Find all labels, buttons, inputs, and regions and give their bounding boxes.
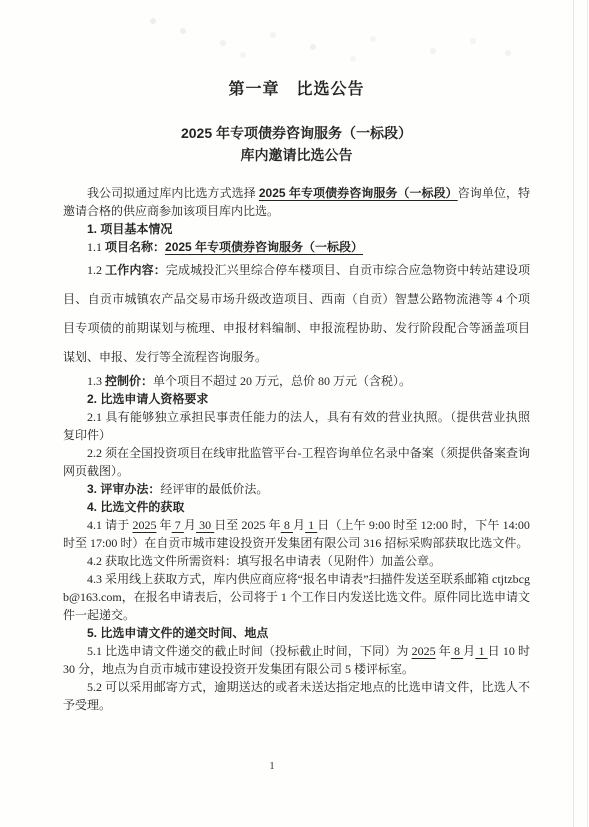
paragraph-2-2-registration: 2.2 须在全国投资项目在线审批监管平台-工程咨询单位名录中备案（须提供备案查询…	[63, 444, 530, 480]
clause-label: 工作内容：	[105, 263, 166, 277]
paragraph-1-1-project-name: 1.1 项目名称：2025 年专项债券咨询服务（一标段）	[63, 238, 530, 256]
clause-label: 项目名称：	[105, 240, 165, 254]
page-number: 1	[0, 760, 544, 772]
paragraph-2-1-qualification: 2.1 具有能够独立承担民事责任能力的法人，具有有效的营业执照。（提供营业执照复…	[63, 408, 530, 444]
document-title-line1: 2025 年专项债券咨询服务（一标段）	[63, 122, 530, 144]
clause-text: 日至 2025 年	[214, 518, 281, 532]
clause-number: 1.1	[87, 240, 105, 254]
section-1-heading: 1. 项目基本情况	[63, 220, 530, 238]
year-value: 2025	[132, 518, 156, 532]
scan-noise	[150, 18, 156, 24]
day-value: 30	[196, 518, 214, 532]
clause-text: 年	[156, 518, 171, 532]
scan-edge-line-outer	[587, 0, 588, 827]
paragraph-4-1-document-obtain-time: 4.1 请于 2025 年 7 月 30 日至 2025 年 8 月 1 日（上…	[63, 516, 530, 552]
clause-text: 5.1 比选申请文件递交的截止时间（投标截止时间，下同）为	[87, 644, 412, 658]
chapter-heading: 第一章 比选公告	[63, 80, 530, 100]
clause-label: 控制价：	[105, 374, 153, 388]
document-page: 第一章 比选公告 2025 年专项债券咨询服务（一标段） 库内邀请比选公告 我公…	[0, 0, 589, 827]
month-value: 8	[281, 518, 293, 532]
month-value: 8	[451, 644, 463, 658]
intro-pre: 我公司拟通过库内比选方式选择	[87, 186, 259, 200]
clause-text: 4.1 请于	[87, 518, 132, 532]
year-value: 2025	[412, 644, 436, 658]
section-5-heading: 5. 比选申请文件的递交时间、地点	[63, 624, 530, 642]
clause-label: 3. 评审办法：	[87, 482, 160, 496]
intro-paragraph: 我公司拟通过库内比选方式选择 2025 年专项债券咨询服务（一标段）咨询单位，特…	[63, 184, 530, 220]
scan-edge-line	[573, 0, 574, 827]
section-4-heading: 4. 比选文件的获取	[63, 498, 530, 516]
paragraph-3-evaluation-method: 3. 评审办法：经评审的最低价法。	[63, 480, 530, 498]
clause-text: 月	[184, 518, 196, 532]
work-content-text: 完成城投汇兴里综合停车楼项目、自贡市综合应急物资中转站建设项目、自贡市城镇农产品…	[63, 263, 530, 364]
clause-text: 年	[436, 644, 451, 658]
clause-text: 月	[463, 644, 475, 658]
month-value: 7	[172, 518, 184, 532]
document-title: 2025 年专项债券咨询服务（一标段） 库内邀请比选公告	[63, 122, 530, 166]
paragraph-5-2-mail-delivery: 5.2 可以采用邮寄方式，逾期送达的或者未送达指定地点的比选申请文件，比选人不予…	[63, 678, 530, 714]
paragraph-1-2-work-content: 1.2 工作内容：完成城投汇兴里综合停车楼项目、自贡市综合应急物资中转站建设项目…	[63, 256, 530, 372]
evaluation-method-text: 经评审的最低价法。	[160, 482, 268, 496]
day-value: 1	[475, 644, 487, 658]
project-name-value: 2025 年专项债券咨询服务（一标段）	[165, 240, 363, 254]
intro-project-name: 2025 年专项债券咨询服务（一标段）	[259, 186, 458, 200]
paragraph-5-1-deadline-location: 5.1 比选申请文件递交的截止时间（投标截止时间，下同）为 2025 年 8 月…	[63, 642, 530, 678]
paragraph-4-2-required-materials: 4.2 获取比选文件所需资料：填写报名申请表（见附件）加盖公章。	[63, 552, 530, 570]
clause-number: 1.3	[87, 374, 105, 388]
control-price-text: 单个项目不超过 20 万元，总价 80 万元（含税）。	[153, 374, 411, 388]
section-2-heading: 2. 比选申请人资格要求	[63, 390, 530, 408]
paragraph-1-3-control-price: 1.3 控制价：单个项目不超过 20 万元，总价 80 万元（含税）。	[63, 372, 530, 390]
document-title-line2: 库内邀请比选公告	[63, 144, 530, 166]
day-value: 1	[305, 518, 317, 532]
clause-text: 月	[293, 518, 305, 532]
clause-number: 1.2	[87, 263, 105, 277]
document-content: 第一章 比选公告 2025 年专项债券咨询服务（一标段） 库内邀请比选公告 我公…	[63, 80, 530, 714]
paragraph-4-3-online-obtain-email: 4.3 采用线上获取方式，库内供应商应将“报名申请表”扫描件发送至联系邮箱 ct…	[63, 570, 530, 624]
